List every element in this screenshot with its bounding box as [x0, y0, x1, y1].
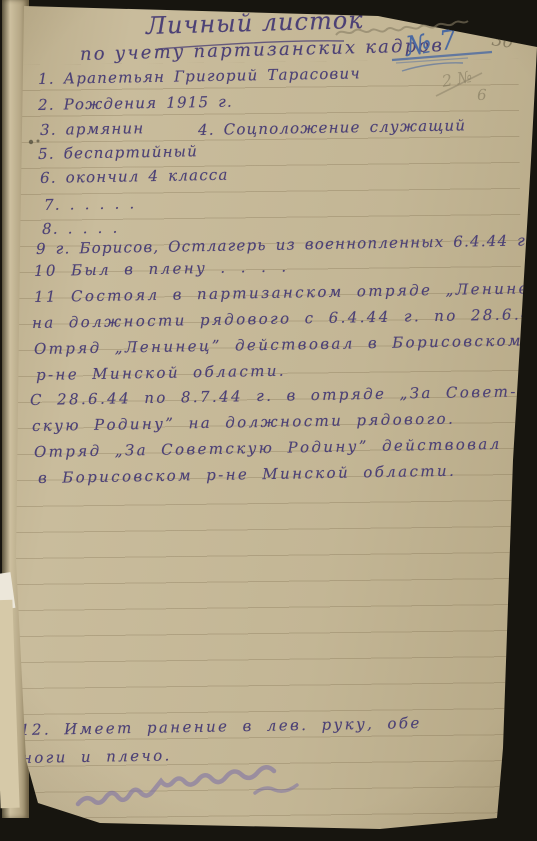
- form-line-8: 8. . . . .: [42, 219, 119, 238]
- form-line-5: 5. беспартийный: [38, 142, 198, 163]
- form-line-6: 6. окончил 4 класса: [40, 166, 229, 187]
- photo-backdrop: Личный листок по учету партизанских кадр…: [0, 0, 537, 841]
- document-page: Личный листок по учету партизанских кадр…: [0, 0, 537, 841]
- doc-title-line1: Личный листок: [146, 6, 364, 40]
- page-number: 30: [491, 30, 515, 53]
- pencil-letter-mark: 6: [477, 86, 487, 104]
- form-line-3: 3. армянин: [40, 119, 145, 139]
- form-line-7: 7. . . . . .: [44, 194, 136, 214]
- form-line-12b: ноги и плечо.: [22, 746, 172, 767]
- blue-number-annotation: № 7: [404, 24, 460, 63]
- form-line-2: 2. Рождения 1915 г.: [38, 93, 233, 114]
